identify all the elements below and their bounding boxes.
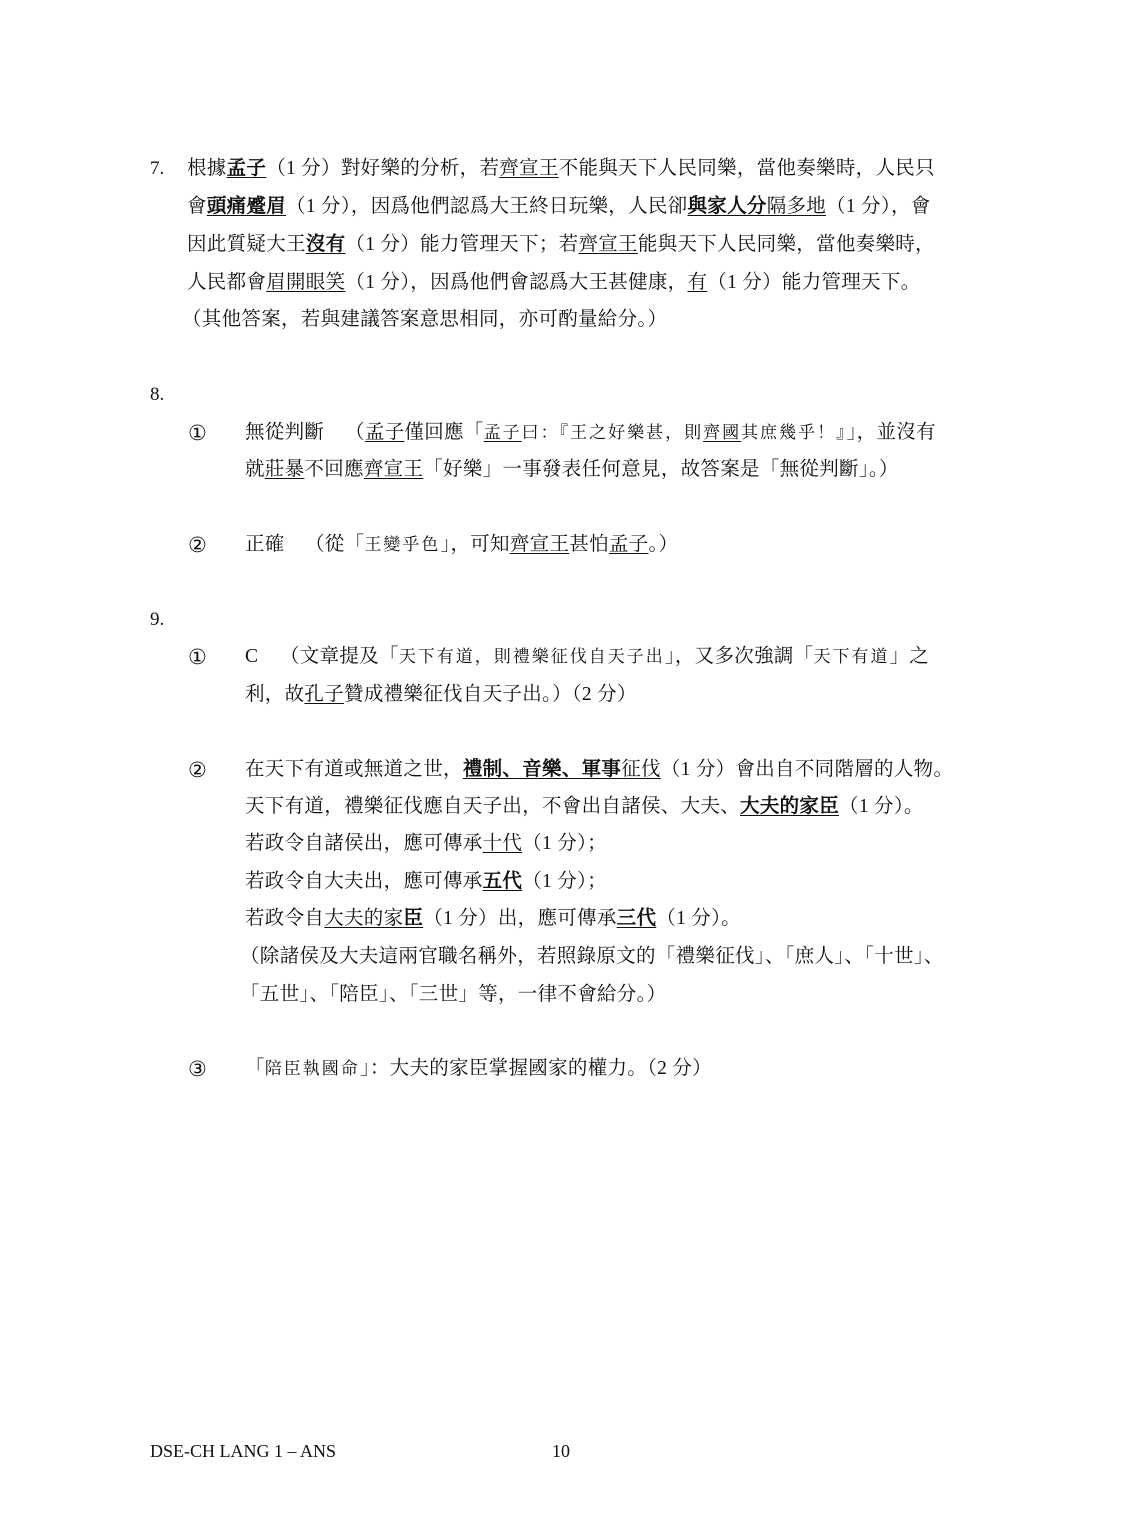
- text-segment: 」，並沒有: [847, 422, 936, 443]
- key-point-text: 臣: [403, 908, 423, 929]
- text-segment: 會: [187, 196, 207, 217]
- q9-item-1-line-2: 利，故孔子贊成禮樂征伐自天子出。）（2 分）: [245, 683, 637, 707]
- q8-item-1-line-1: （孟子僅回應「孟子曰：『王之好樂甚，則齊國其庶幾乎！』」，並沒有: [345, 421, 936, 445]
- key-point-text: 五代: [483, 871, 523, 892]
- q9-item-1-line-1: （文章提及「天下有道，則禮樂征伐自天子出」，又多次強調「天下有道」之: [280, 645, 929, 669]
- text-segment: 僅回應「: [404, 422, 483, 443]
- answer-page: 7. 根據孟子（1 分）對好樂的分析，若齊宣王不能與天下人民同樂，當他奏樂時，人…: [0, 0, 1125, 1538]
- q8-item-2-marker: ②: [188, 533, 207, 557]
- q7-line-2: 會頭痛蹙眉（1 分），因爲他們認爲大王終日玩樂，人民卻與家人分隔多地（1 分），…: [187, 195, 931, 219]
- question-7-number: 7.: [150, 157, 164, 181]
- quoted-classical-text: 王變乎色: [364, 535, 440, 555]
- q9-item-3-marker: ③: [188, 1057, 207, 1081]
- text-segment: 」，可知: [440, 534, 509, 555]
- text-segment: 」，又多次強調「: [665, 646, 814, 667]
- key-point-text: 眉開眼笑: [266, 272, 345, 293]
- q9-item-2-line-3: 若政令自諸侯出，應可傳承十代（1 分）；: [245, 832, 607, 856]
- key-point-text: 孔子: [304, 684, 344, 705]
- footer-paper-code: DSE-CH LANG 1 – ANS: [150, 1440, 336, 1462]
- q8-item-1-answer: 無從判斷: [245, 421, 324, 445]
- key-point-text: 齊宣王: [510, 534, 569, 555]
- text-segment: （1 分）會出自不同階層的人物。: [661, 759, 953, 780]
- text-segment: 不能與天下人民同樂，當他奏樂時，人民只: [559, 158, 935, 179]
- key-point-text: 孟子: [227, 158, 267, 179]
- key-point-text: 十代: [483, 833, 523, 854]
- text-segment: 天下有道，禮樂征伐應自天子出，不會出自諸侯、大夫、: [245, 796, 740, 817]
- text-segment: 「五世」、「陪臣」、「三世」等，一律不會給分。）: [240, 984, 666, 1005]
- quoted-classical-text: 其庶幾乎！』: [741, 423, 847, 443]
- text-segment: 不回應: [304, 459, 363, 480]
- text-segment: （除諸侯及大夫這兩官職名稱外，若照錄原文的「禮樂征伐」、「庶人」、「十世」、: [240, 946, 944, 967]
- question-9-number: 9.: [150, 608, 164, 632]
- q8-item-2-answer: 正確: [245, 533, 285, 557]
- text-segment: 。）: [648, 534, 678, 555]
- key-point-text: 齊宣王: [578, 234, 637, 255]
- text-segment: （1 分）能力管理天下；若: [345, 234, 578, 255]
- text-segment: 因此質疑大王: [187, 234, 306, 255]
- q9-item-2-line-1: 在天下有道或無道之世，禮制、音樂、軍事征伐（1 分）會出自不同階層的人物。: [245, 758, 953, 782]
- q9-item-2-note-2: 「五世」、「陪臣」、「三世」等，一律不會給分。）: [240, 983, 666, 1007]
- q9-item-2-note-1: （除諸侯及大夫這兩官職名稱外，若照錄原文的「禮樂征伐」、「庶人」、「十世」、: [240, 945, 944, 969]
- key-point-text: 齊宣王: [364, 459, 423, 480]
- text-segment: 就: [245, 459, 265, 480]
- q7-line-4: 人民都會眉開眼笑（1 分），因爲他們會認爲大王甚健康，有（1 分）能力管理天下。: [187, 271, 921, 295]
- key-point-text: 孟子: [365, 422, 405, 443]
- key-point-text: 征伐: [621, 759, 661, 780]
- text-segment: （1 分），因爲他們認爲大王終日玩樂，人民卻: [286, 196, 687, 217]
- quoted-classical-text: 曰：『王之好樂甚，則: [522, 423, 704, 443]
- text-segment: （: [345, 422, 365, 443]
- key-point-text: 齊宣王: [499, 158, 558, 179]
- quoted-classical-text: 天下有道: [813, 647, 889, 667]
- text-segment: 若政令自諸侯出，應可傳承: [245, 833, 483, 854]
- text-segment: （1 分）；: [522, 833, 607, 854]
- quoted-classical-text: 陪臣執國命: [265, 1059, 360, 1079]
- text-segment: （1 分）能力管理天下。: [707, 272, 920, 293]
- text-segment: 利，故: [245, 684, 304, 705]
- text-segment: 若政令自大夫出，應可傳承: [245, 871, 483, 892]
- text-segment: 「: [245, 1058, 265, 1079]
- q9-item-2-line-2: 天下有道，禮樂征伐應自天子出，不會出自諸侯、大夫、大夫的家臣（1 分）。: [245, 795, 924, 819]
- quoted-classical-text: 天下有道，則禮樂征伐自天子出: [399, 647, 665, 667]
- text-segment: （從「: [305, 534, 364, 555]
- q8-item-2-line-1: （從「王變乎色」，可知齊宣王甚怕孟子。）: [305, 533, 678, 557]
- text-segment: （1 分）；: [522, 871, 607, 892]
- footer-page-number: 10: [552, 1440, 570, 1462]
- key-point-text: 與家人分: [688, 196, 767, 217]
- question-8-number: 8.: [150, 383, 164, 407]
- text-segment: 」之: [889, 646, 929, 667]
- text-segment: （1 分）。: [656, 908, 741, 929]
- quoted-classical-text: 孟子: [484, 423, 522, 443]
- text-segment: （1 分）對好樂的分析，若: [266, 158, 499, 179]
- text-segment: 贊成禮樂征伐自天子出。）（2 分）: [344, 684, 637, 705]
- key-point-text: 大夫的家臣: [740, 796, 839, 817]
- text-segment: （1 分），會: [826, 196, 930, 217]
- key-point-text: 有: [687, 272, 707, 293]
- q9-item-1-answer: C: [245, 645, 258, 669]
- key-point-text: 沒有: [306, 234, 346, 255]
- q9-item-3-line-1: 「陪臣執國命」：大夫的家臣掌握國家的權力。（2 分）: [245, 1057, 712, 1081]
- key-point-text: 莊暴: [265, 459, 305, 480]
- text-segment: 在天下有道或無道之世，: [245, 759, 463, 780]
- quoted-classical-text: 齊國: [703, 423, 741, 443]
- q9-item-2-line-4: 若政令自大夫出，應可傳承五代（1 分）；: [245, 870, 607, 894]
- text-segment: 人民都會: [187, 272, 266, 293]
- q7-line-1: 根據孟子（1 分）對好樂的分析，若齊宣王不能與天下人民同樂，當他奏樂時，人民只: [187, 157, 935, 181]
- text-segment: （文章提及「: [280, 646, 399, 667]
- q8-item-1-line-2: 就莊暴不回應齊宣王「好樂」一事發表任何意見，故答案是「無從判斷」。）: [245, 458, 899, 482]
- text-segment: （其他答案，若與建議答案意思相同，亦可酌量給分。）: [182, 309, 667, 330]
- key-point-text: 頭痛蹙眉: [207, 196, 286, 217]
- q9-item-2-marker: ②: [188, 758, 207, 782]
- q7-marking-note: （其他答案，若與建議答案意思相同，亦可酌量給分。）: [182, 308, 667, 332]
- text-segment: 」：大夫的家臣掌握國家的權力。（2 分）: [360, 1058, 712, 1079]
- text-segment: 根據: [187, 158, 227, 179]
- q7-line-3: 因此質疑大王沒有（1 分）能力管理天下；若齊宣王能與天下人民同樂，當他奏樂時，: [187, 233, 935, 257]
- text-segment: （1 分），因爲他們會認爲大王甚健康，: [345, 272, 687, 293]
- text-segment: （1 分）出，應可傳承: [423, 908, 616, 929]
- key-point-text: 三代: [617, 908, 657, 929]
- q9-item-1-marker: ①: [188, 645, 207, 669]
- q9-item-2-line-5: 若政令自大夫的家臣（1 分）出，應可傳承三代（1 分）。: [245, 907, 741, 931]
- key-point-text: 大夫的家: [324, 908, 403, 929]
- q8-item-1-marker: ①: [188, 421, 207, 445]
- key-point-text: 隔多地: [767, 196, 826, 217]
- text-segment: 甚怕: [569, 534, 609, 555]
- text-segment: 若政令自: [245, 908, 324, 929]
- key-point-text: 禮制、音樂、軍事: [463, 759, 621, 780]
- text-segment: （1 分）。: [839, 796, 924, 817]
- key-point-text: 孟子: [609, 534, 649, 555]
- text-segment: 能與天下人民同樂，當他奏樂時，: [638, 234, 935, 255]
- text-segment: 「好樂」一事發表任何意見，故答案是「無從判斷」。）: [423, 459, 899, 480]
